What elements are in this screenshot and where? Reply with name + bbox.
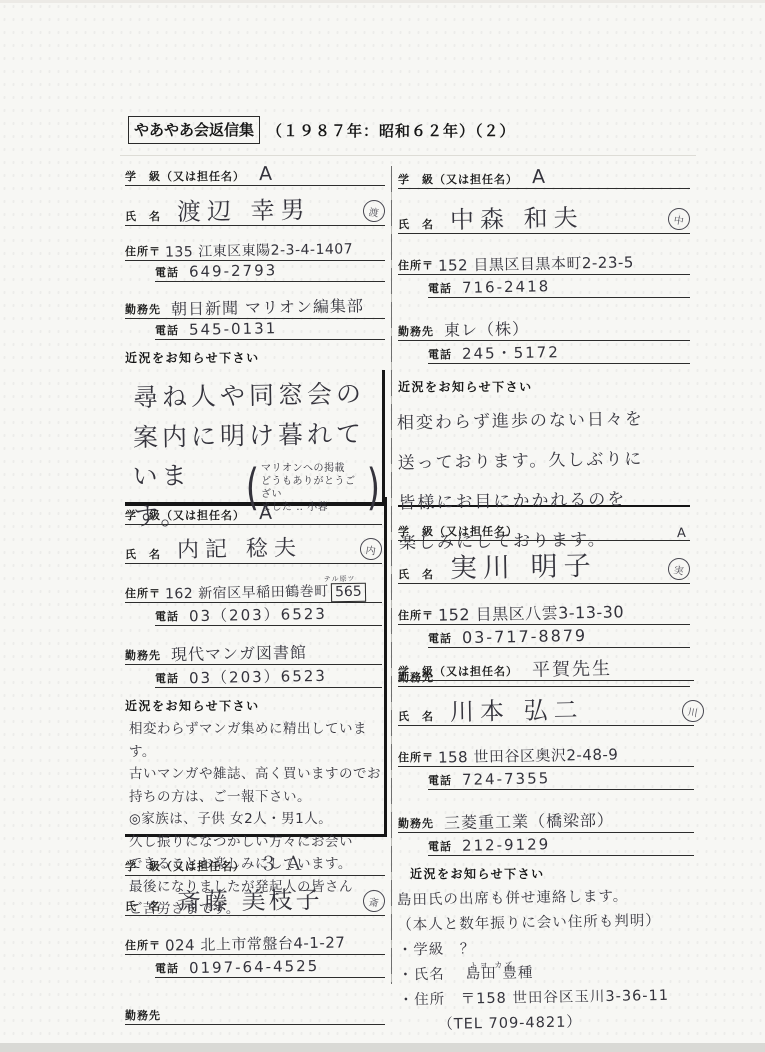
field-label-phone: 電話 [155,670,179,687]
field-row-address: 住所〒 162 新宿区早稲田鶴巻町 テル原ツ 565 [125,574,382,603]
field-row-class: 学 級（又は担任名） 平賀先生 [398,656,694,681]
field-label-name: 氏 名 [398,708,434,725]
title-box: やあやあ会返信集 [128,116,260,144]
address-value: 135 江東区東陽2-3-4-1407 [165,242,353,261]
class-value: A [259,165,272,185]
field-row-work: 勤務先 朝日新聞 マリオン編集部 [125,290,385,319]
message-line: 古いマンガや雑誌、高く買いますのでお [129,763,382,786]
name-value: 中森 和夫 [450,206,584,234]
status-prompt: 近況をお知らせ下さい [398,378,690,395]
field-row-work: 勤務先 [125,1000,385,1025]
class-value: A [259,504,272,524]
work-value: 現代マンガ図書館 [171,645,307,665]
field-row-phone: 電話 03-717-8879 [428,625,690,648]
field-label-class: 学 級（又は担任名） [398,523,518,540]
field-row-address: 住所〒 135 江東区東陽2-3-4-1407 [125,234,385,261]
page-title: やあやあ会返信集 （１９８７年：昭和６２年）（２） [128,116,516,144]
message-line: 相変わらず進歩のない日々を [397,398,690,443]
field-label-phone: 電話 [428,772,452,789]
status-prompt: 近況をお知らせ下さい [125,349,385,366]
field-label-phone: 電話 [155,264,179,281]
work-phone-value: 212-9129 [462,837,551,856]
field-row-address: 住所〒 152 目黒区目黒本町2-23-5 [398,246,690,275]
field-row-address: 住所〒 158 世田谷区奥沢2-48-9 [398,738,694,767]
reply-form-watanabe: 学 級（又は担任名） A 氏 名 渡辺 幸男 渡 住所〒 135 江東区東陽2-… [125,164,385,506]
field-row-phone: 電話 0197-64-4525 [155,955,385,978]
address-value: 152 目黒区八雲3-13-30 [438,604,624,625]
message-line: 持ちの方は、ご一報下さい。 [129,786,382,809]
status-prompt: 近況をお知らせ下さい [125,697,382,714]
field-label-phone: 電話 [428,838,452,855]
scan-top-edge [0,0,765,3]
status-message: 尋ね人や同窓会の 案内に明け暮れて います。 ( マリオンへの掲載 どうもありが… [125,370,385,506]
field-label-address: 住所〒 [125,937,161,954]
field-row-work-phone: 電話 212-9129 [428,833,694,856]
phone-value: 0197-64-4525 [189,959,320,978]
field-label-address: 住所〒 [125,243,161,260]
reply-form-saito: 学 級（又は担任名） ３ Ａ 氏 名 斎藤 美枝子 斎 住所〒 024 北上市常… [125,848,385,1025]
field-label-class: 学 級（又は担任名） [125,507,245,524]
field-label-address: 住所〒 [398,607,434,624]
column-divider [391,166,392,984]
field-label-work: 勤務先 [398,323,434,340]
field-label-class: 学 級（又は担任名） [125,858,245,875]
title-year: （１９８７年：昭和６２年）（２） [267,120,516,141]
address-value: 162 新宿区早稲田鶴巻町 [165,585,329,604]
name-value: 川本 弘二 [450,698,584,726]
field-label-name: 氏 名 [125,546,161,563]
name-seal: 渡 [361,198,386,223]
message-line: 送っております。久しぶりに [397,438,690,483]
name-seal: 内 [358,536,383,561]
message-line: 相変わらずマンガ集めに精出しています。 [129,718,382,763]
field-row-phone: 電話 03（203）6523 [155,603,382,626]
name-seal: 中 [666,206,691,231]
field-label-class: 学 級（又は担任名） [398,663,518,680]
phone-value: 716-2418 [462,279,551,298]
field-row-address: 住所〒 024 北上市常盤台4-1-27 [125,926,385,955]
class-value: A [677,527,686,540]
field-row-work: 勤務先 東レ（株） [398,312,690,341]
field-row-work-phone: 電話 545-0131 [155,319,385,340]
field-label-work: 勤務先 [125,647,161,664]
field-label-address: 住所〒 [398,257,434,274]
field-row-name: 氏 名 内記 稔夫 内 [125,531,382,564]
field-label-work: 勤務先 [125,1007,161,1024]
field-label-work: 勤務先 [125,301,161,318]
field-label-name: 氏 名 [125,898,161,915]
field-row-class: 学 級（又は担任名） A [398,518,690,541]
reply-form-naiki: 学 級（又は担任名） A 氏 名 内記 稔夫 内 住所〒 162 新宿区早稲田鶴… [125,497,387,837]
furigana: トヨ カズ [469,953,514,979]
message-line: 案内に明け暮れて [133,414,381,458]
shimada-name-label: ・氏名 [398,967,460,984]
address-annotation: テル原ツ [323,574,355,585]
reply-form-kawamoto: 学 級（又は担任名） 平賀先生 氏 名 川本 弘二 川 住所〒 158 世田谷区… [398,656,694,1036]
field-label-name: 氏 名 [398,216,434,233]
name-value: 斎藤 美枝子 [177,888,323,917]
field-row-name: 氏 名 斎藤 美枝子 斎 [125,881,385,916]
work-value: 三菱重工業（橋梁部） [444,813,614,834]
name-seal: 斎 [361,888,386,913]
field-row-work-phone: 電話 03（203）6523 [155,665,382,688]
work-value: 朝日新聞 マリオン編集部 [171,298,364,319]
work-phone-value: 545-0131 [189,321,278,340]
field-row-phone: 電話 724-7355 [428,767,694,790]
phone-value: 649-2793 [189,263,278,282]
field-label-address: 住所〒 [398,749,434,766]
field-row-name: 氏 名 中森 和夫 中 [398,197,690,234]
phone-value: 03（203）6523 [189,607,327,626]
name-seal: 実 [666,556,691,581]
shimada-name: トヨ カズ 島田 豊種 [466,961,534,987]
name-value: 渡辺 幸男 [177,198,311,226]
field-row-work: 勤務先 現代マンガ図書館 [125,636,382,665]
field-row-class: 学 級（又は担任名） A [125,164,385,186]
field-row-phone: 電話 649-2793 [155,261,385,282]
field-label-class: 学 級（又は担任名） [125,168,245,185]
field-label-class: 学 級（又は担任名） [398,171,518,188]
work-phone-value: 03（203）6523 [189,669,327,688]
reply-form-nakamori: 学 級（又は担任名） A 氏 名 中森 和夫 中 住所〒 152 目黒区目黒本町… [398,164,690,561]
address-value: 024 北上市常盤台4-1-27 [165,935,346,955]
field-label-phone: 電話 [428,280,452,297]
message-line: （本人と数年振りに会い住所も判明） [397,908,693,938]
field-label-phone: 電話 [428,630,452,647]
field-row-name: 氏 名 渡辺 幸男 渡 [125,191,385,226]
field-row-class: 学 級（又は担任名） A [125,503,382,525]
phone-value: 03-717-8879 [462,628,587,648]
field-row-name: 氏 名 実川 明子 実 [398,547,690,584]
field-label-name: 氏 名 [125,208,161,225]
title-rule [120,155,696,156]
phone-value: 724-7355 [462,771,551,790]
name-value: 実川 明子 [450,553,597,585]
field-label-address: 住所〒 [125,585,161,602]
message-line: ◎家族は、子供 女2人・男1人。 [129,808,382,831]
field-label-name: 氏 名 [398,566,434,583]
address-number-box: テル原ツ 565 [331,583,366,603]
field-label-phone: 電話 [155,960,179,977]
field-row-address: 住所〒 152 目黒区八雲3-13-30 [398,596,690,625]
field-row-name: 氏 名 川本 弘二 川 [398,689,694,726]
field-label-phone: 電話 [155,608,179,625]
field-label-phone: 電話 [428,346,452,363]
address-value: 158 世田谷区奥沢2-48-9 [438,747,619,767]
name-value: 内記 稔夫 [177,538,302,564]
address-value: 152 目黒区目黒本町2-23-5 [438,255,634,275]
message-line: ・住所 〒158 世田谷区玉川3-36-11 [398,983,694,1013]
class-value: A [532,168,545,188]
message-line: 尋ね人や同窓会の [133,374,381,418]
class-value: 平賀先生 [532,660,612,680]
status-message: 島田氏の出席も併せ連絡します。 （本人と数年振りに会い住所も判明） ・学級 ？ … [397,883,696,1038]
name-seal: 川 [680,698,705,723]
field-row-class: 学 級（又は担任名） A [398,164,690,189]
message-line: （TEL 709-4821） [399,1008,695,1038]
status-prompt: 近況をお知らせ下さい [410,865,694,882]
field-row-class: 学 級（又は担任名） ３ Ａ [125,854,385,876]
work-value: 東レ（株） [444,321,529,340]
scanned-page: やあやあ会返信集 （１９８７年：昭和６２年）（２） 学 級（又は担任名） A 氏… [0,0,765,1052]
class-value: ３ Ａ [259,855,303,876]
field-row-work-phone: 電話 245・5172 [428,341,690,364]
field-label-work: 勤務先 [398,815,434,832]
address-number: 565 [335,584,362,600]
field-row-phone: 電話 716-2418 [428,275,690,298]
note-line: マリオンへの掲載 [261,462,365,475]
work-phone-value: 245・5172 [462,345,560,364]
field-label-phone: 電話 [155,322,179,339]
field-row-work: 勤務先 三菱重工業（橋梁部） [398,804,694,833]
